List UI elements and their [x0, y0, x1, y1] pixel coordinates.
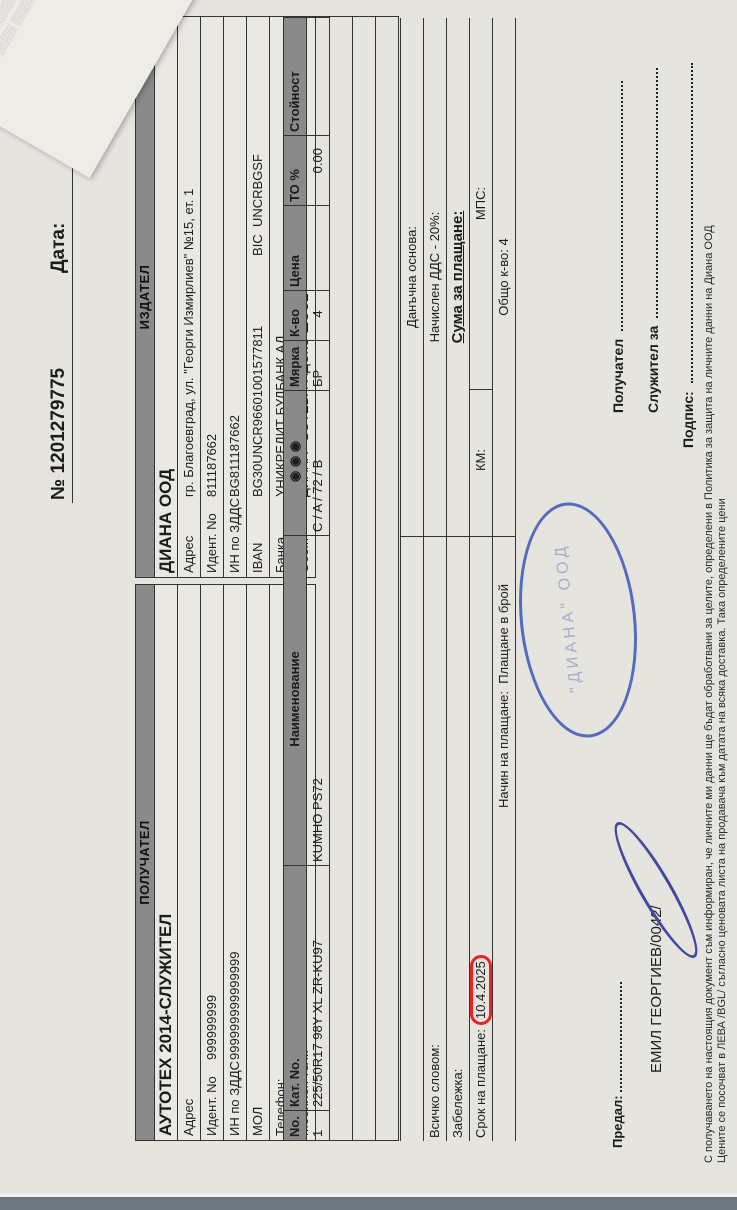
table-row: 1 225/50R17 98Y XL ZR-KU97 KUMHO PS72 C … — [306, 17, 329, 1140]
code-header-glyphs: ◉ ◉ ◉ — [284, 390, 306, 535]
footnote: С получаването на настоящия документ съм… — [703, 225, 729, 1163]
signature-sign: Подпис: — [680, 63, 696, 448]
issuer-row: Идент. No811187662 — [200, 17, 223, 577]
employee-sign: Служител за — [645, 68, 661, 413]
issuer-header: ИЗДАТЕЛ — [136, 17, 154, 577]
payment-method: Начин на плащане: Плащане в брой — [493, 536, 515, 1141]
mps-label: МПС: — [470, 18, 492, 389]
recipient-row: МОЛ — [246, 585, 269, 1140]
issuer-row: Адресгр. Благоевград, ул. "Георги Измирл… — [177, 17, 200, 577]
bottom-bar — [0, 1193, 737, 1210]
recipient-row: ИН по ЗДДС999999999999999 — [223, 585, 246, 1140]
blank-row — [329, 17, 352, 1140]
note-label: Забележка: — [447, 536, 469, 1141]
total-label: Сума за плащане: — [447, 18, 469, 536]
issuer-row: ИН по ЗДДСBG811187662 — [223, 17, 246, 577]
tax-base-label: Данъчна основа: — [401, 18, 423, 536]
recipient-row: Адрес — [177, 585, 200, 1140]
blank-row — [352, 17, 375, 1140]
blank-row — [375, 17, 398, 1140]
items-header-row: No. Кат. No. Наименование ◉ ◉ ◉ Мярка К-… — [284, 17, 306, 1140]
due-date-highlight: 10.4.2025 — [470, 955, 492, 1025]
km-label: КМ: — [470, 389, 492, 536]
items-table: No. Кат. No. Наименование ◉ ◉ ◉ Мярка К-… — [283, 16, 399, 1141]
handed-by: Предал: — [610, 982, 625, 1148]
recipient-header: ПОЛУЧАТЕЛ — [136, 585, 154, 1140]
document-number: № 1201279775 — [48, 368, 70, 500]
recipient-row: Идент. No999999999 — [200, 585, 223, 1140]
date-label: Дата: — [48, 223, 70, 273]
issuer-name: ДИАНА ООД — [154, 17, 177, 577]
total-qty: Общо к-во: 4 — [493, 18, 515, 536]
document-photo: № 1201279775 Дата: 10.4.2025 ПОЛУЧАТЕЛ А… — [0, 0, 737, 1193]
due-date: Срок на плащане:10.4.2025 — [470, 536, 492, 1141]
issuer-row: IBANBG30UNCR96601001577811BIC UNCRBGSF — [246, 17, 269, 577]
recipient-name: АУТОТЕХ 2014-СЛУЖИТЕЛ — [154, 585, 177, 1140]
vat-label: Начислен ДДС - 20%: — [424, 18, 446, 536]
invoice-page: № 1201279775 Дата: 10.4.2025 ПОЛУЧАТЕЛ А… — [0, 0, 737, 1193]
in-words-label: Всичко словом: — [424, 536, 446, 1141]
receiver-sign: Получател — [610, 81, 626, 413]
totals-section: Данъчна основа: Всичко словом:Начислен Д… — [400, 18, 516, 1141]
